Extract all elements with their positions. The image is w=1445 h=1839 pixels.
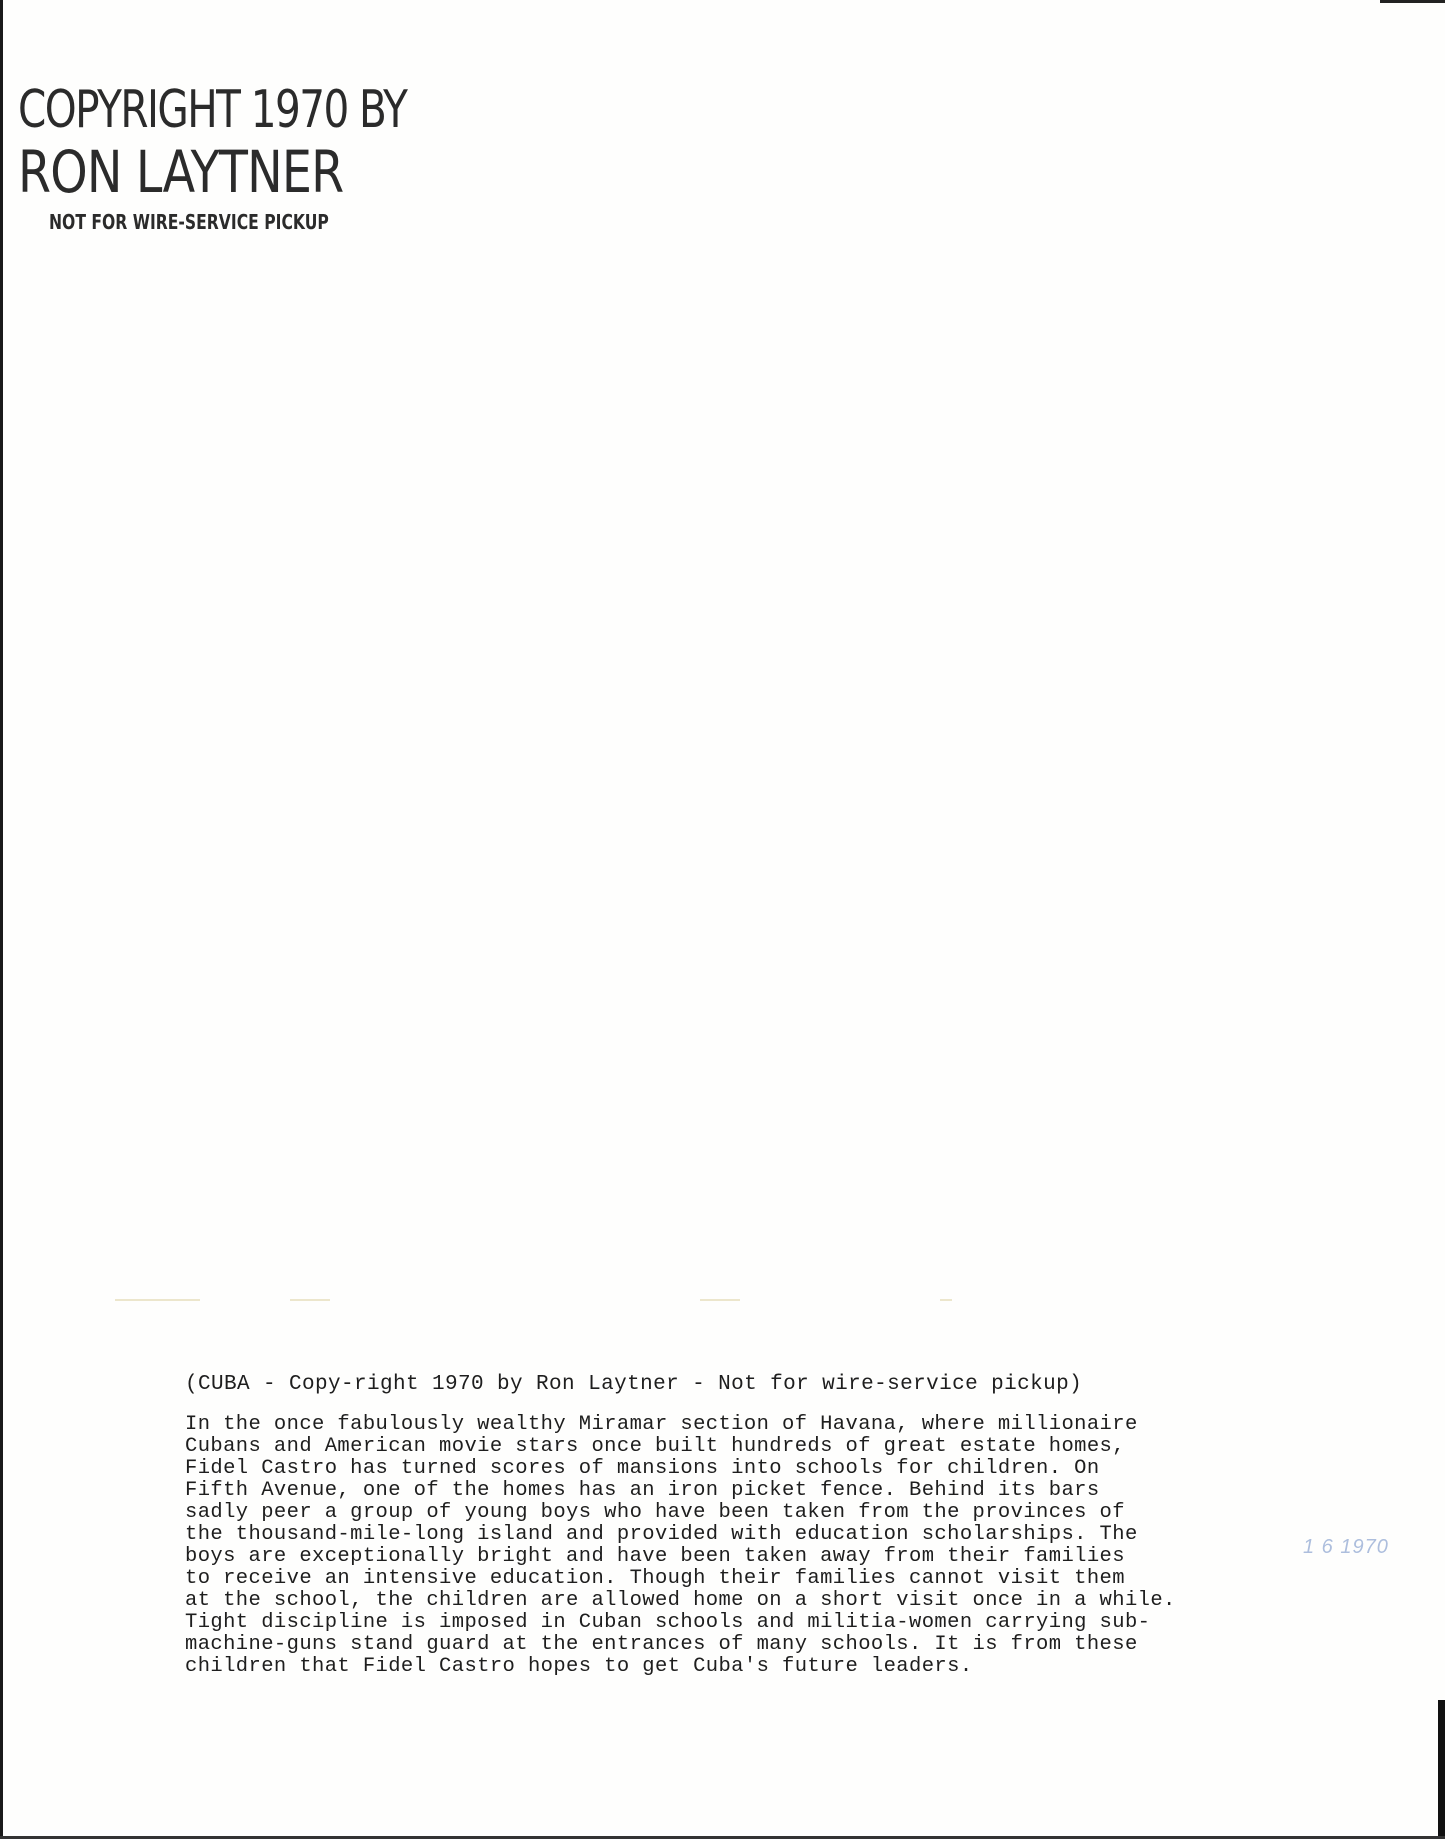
caption-line: Fidel Castro has turned scores of mansio… xyxy=(185,1458,1265,1480)
caption-line: Cubans and American movie stars once bui… xyxy=(185,1436,1265,1458)
caption-line: children that Fidel Castro hopes to get … xyxy=(185,1656,1265,1678)
faint-mark xyxy=(115,1299,200,1301)
caption-line: boys are exceptionally bright and have b… xyxy=(185,1546,1265,1568)
scan-edge-right xyxy=(1438,1700,1445,1839)
scan-edge-left xyxy=(0,0,3,1839)
caption-line: Fifth Avenue, one of the homes has an ir… xyxy=(185,1480,1265,1502)
caption-line: the thousand-mile-long island and provid… xyxy=(185,1524,1265,1546)
faint-mark xyxy=(290,1299,330,1301)
caption-line: Tight discipline is imposed in Cuban sch… xyxy=(185,1612,1265,1634)
document-page: COPYRIGHT 1970 BY RON LAYTNER NOT FOR WI… xyxy=(0,0,1445,1839)
stamp-notice-line: NOT FOR WIRE-SERVICE PICKUP xyxy=(49,210,361,234)
stamp-copyright-line: COPYRIGHT 1970 BY xyxy=(18,82,330,138)
caption-line: machine-guns stand guard at the entrance… xyxy=(185,1634,1265,1656)
faint-mark xyxy=(700,1299,740,1301)
photo-caption: (CUBA - Copy-right 1970 by Ron Laytner -… xyxy=(185,1372,1265,1678)
faint-mark xyxy=(940,1299,952,1301)
stamp-author-line: RON LAYTNER xyxy=(18,140,346,204)
scan-edge-top xyxy=(1380,0,1445,3)
caption-line: at the school, the children are allowed … xyxy=(185,1590,1265,1612)
caption-line: to receive an intensive education. Thoug… xyxy=(185,1568,1265,1590)
caption-body: In the once fabulously wealthy Miramar s… xyxy=(185,1414,1265,1678)
copyright-stamp: COPYRIGHT 1970 BY RON LAYTNER NOT FOR WI… xyxy=(18,82,328,234)
date-stamp: 1 6 1970 xyxy=(1303,1536,1389,1559)
caption-title: (CUBA - Copy-right 1970 by Ron Laytner -… xyxy=(185,1372,1265,1398)
caption-line: sadly peer a group of young boys who hav… xyxy=(185,1502,1265,1524)
caption-line: In the once fabulously wealthy Miramar s… xyxy=(185,1414,1265,1436)
